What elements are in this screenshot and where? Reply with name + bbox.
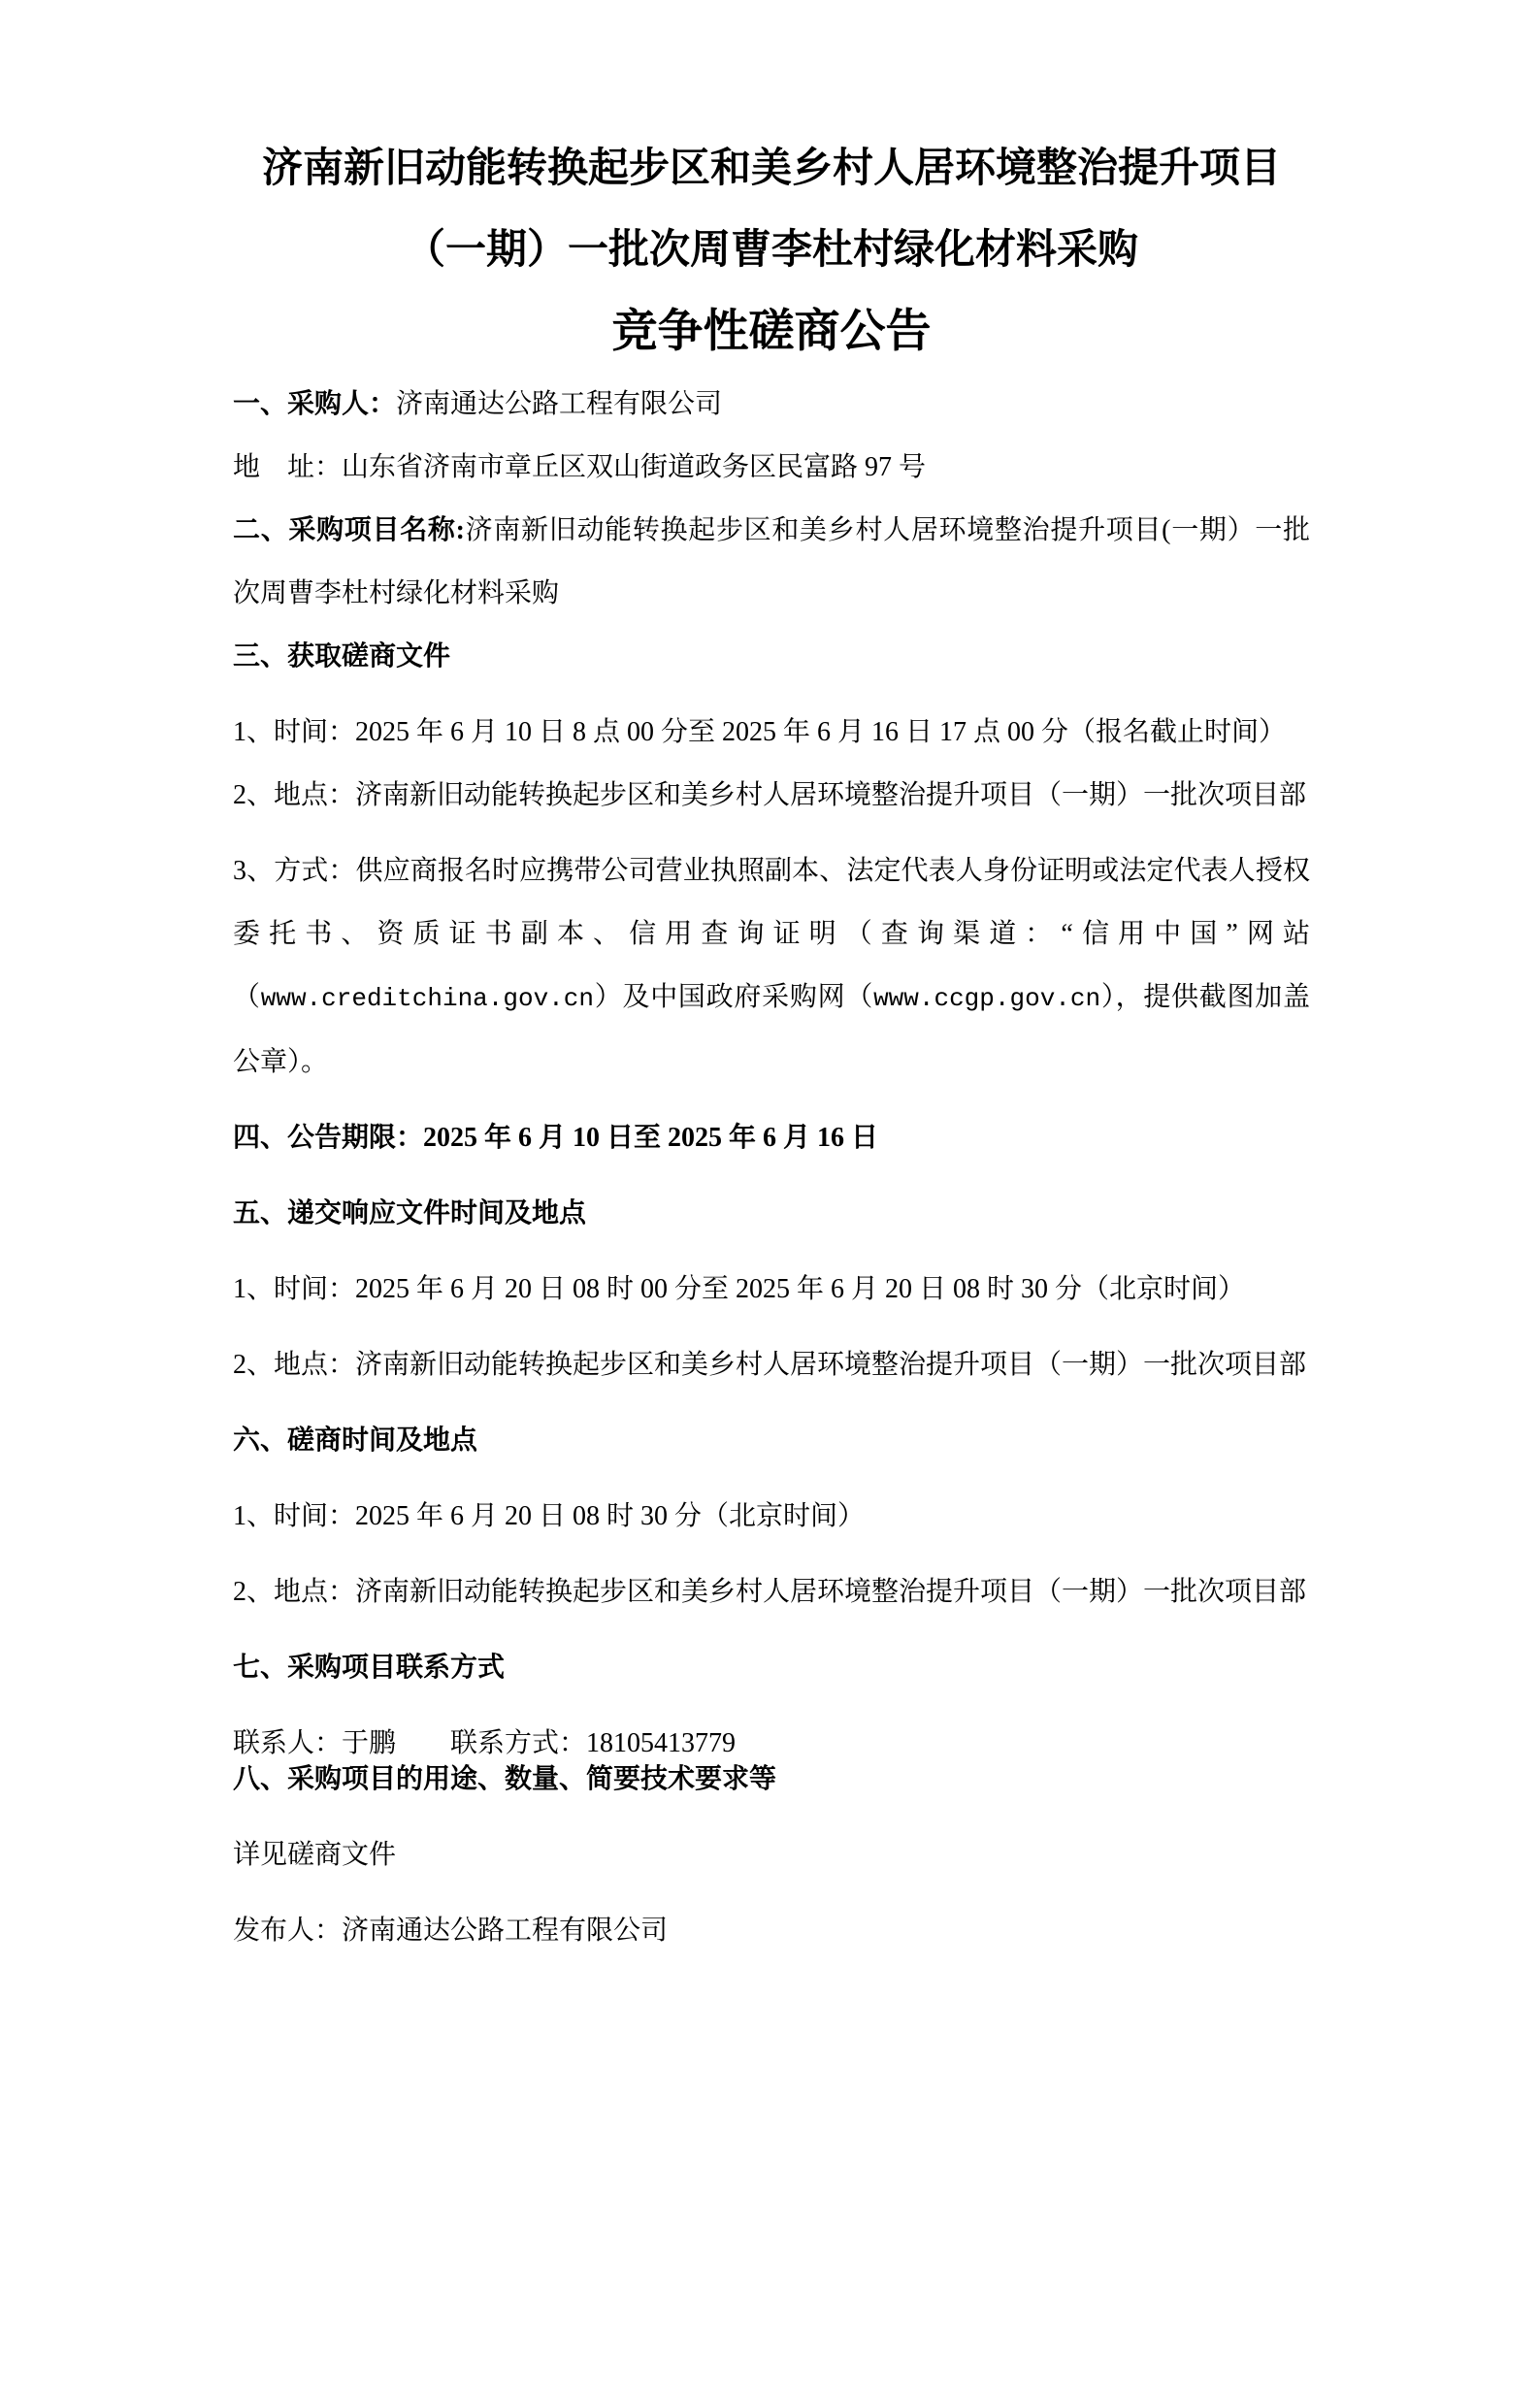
paragraph-text: ）及中国政府采购网（ — [594, 982, 873, 1012]
paragraph-text: 2、地点：济南新旧动能转换起步区和美乡村人居环境整治提升项目（一期）一批次项目部 — [233, 780, 1306, 810]
buyer-line: 一、采购人：济南通达公路工程有限公司 — [233, 373, 1310, 436]
paragraph-text: 地 址：山东省济南市章丘区双山街道政务区民富路 97 号 — [233, 452, 926, 482]
document-page: 济南新旧动能转换起步区和美乡村人居环境整治提升项目 （一期）一批次周曹李杜村绿化… — [0, 0, 1540, 2392]
document-body: 一、采购人：济南通达公路工程有限公司地 址：山东省济南市章丘区双山街道政务区民富… — [233, 373, 1310, 1962]
paragraph-text: www.creditchina.gov.cn — [261, 984, 594, 1013]
publisher-line: 发布人：济南通达公路工程有限公司 — [233, 1899, 1310, 1962]
paragraph-text: 发布人：济南通达公路工程有限公司 — [233, 1916, 668, 1946]
paragraph-text: 1、时间：2025 年 6 月 20 日 08 时 00 分至 2025 年 6… — [233, 1274, 1245, 1304]
paragraph-text: 1、时间：2025 年 6 月 10 日 8 点 00 分至 2025 年 6 … — [233, 717, 1286, 747]
paragraph-text: 济南通达公路工程有限公司 — [396, 389, 722, 419]
announcement-period-heading: 四、公告期限：2025 年 6 月 10 日至 2025 年 6 月 16 日 — [233, 1106, 1310, 1169]
paragraph-label: 四、公告期限：2025 年 6 月 10 日至 2025 年 6 月 16 日 — [233, 1123, 878, 1153]
contact-heading: 七、采购项目联系方式 — [233, 1636, 1310, 1699]
paragraph-label: 五、递交响应文件时间及地点 — [233, 1198, 586, 1229]
document-title-line-2: （一期）一批次周曹李杜村绿化材料采购 — [233, 210, 1310, 291]
paragraph-text: 详见磋商文件 — [233, 1840, 396, 1870]
submit-time-line: 1、时间：2025 年 6 月 20 日 08 时 00 分至 2025 年 6… — [233, 1258, 1310, 1321]
consultation-location-line: 2、地点：济南新旧动能转换起步区和美乡村人居环境整治提升项目（一期）一批次项目部 — [233, 1560, 1310, 1623]
paragraph-text: 2、地点：济南新旧动能转换起步区和美乡村人居环境整治提升项目（一期）一批次项目部 — [233, 1350, 1306, 1380]
consultation-time-line: 1、时间：2025 年 6 月 20 日 08 时 30 分（北京时间） — [233, 1485, 1310, 1548]
obtain-time-line: 1、时间：2025 年 6 月 10 日 8 点 00 分至 2025 年 6 … — [233, 701, 1310, 764]
paragraph-text: www.ccgp.gov.cn — [873, 984, 1100, 1013]
obtain-method-line: 3、方式：供应商报名时应携带公司营业执照副本、法定代表人身份证明或法定代表人授权… — [233, 839, 1310, 1094]
paragraph-label: 一、采购人： — [233, 389, 396, 419]
document-title-line-3: 竞争性磋商公告 — [233, 291, 1310, 373]
project-name-line: 二、采购项目名称:济南新旧动能转换起步区和美乡村人居环境整治提升项目(一期）一批… — [233, 499, 1310, 625]
consultation-time-place-heading: 六、磋商时间及地点 — [233, 1409, 1310, 1472]
submit-response-heading: 五、递交响应文件时间及地点 — [233, 1182, 1310, 1245]
paragraph-label: 三、获取磋商文件 — [233, 641, 450, 672]
usage-quantity-heading: 八、采购项目的用途、数量、简要技术要求等 — [233, 1748, 1310, 1811]
paragraph-label: 八、采购项目的用途、数量、简要技术要求等 — [233, 1764, 776, 1794]
paragraph-text: 1、时间：2025 年 6 月 20 日 08 时 30 分（北京时间） — [233, 1501, 865, 1531]
paragraph-label: 六、磋商时间及地点 — [233, 1425, 477, 1456]
document-title: 济南新旧动能转换起步区和美乡村人居环境整治提升项目 （一期）一批次周曹李杜村绿化… — [233, 128, 1310, 373]
submit-location-line: 2、地点：济南新旧动能转换起步区和美乡村人居环境整治提升项目（一期）一批次项目部 — [233, 1333, 1310, 1396]
buyer-address-line: 地 址：山东省济南市章丘区双山街道政务区民富路 97 号 — [233, 436, 1310, 499]
section-obtain-documents-heading: 三、获取磋商文件 — [233, 625, 1310, 688]
paragraph-label: 二、采购项目名称: — [233, 515, 465, 545]
paragraph-text: 2、地点：济南新旧动能转换起步区和美乡村人居环境整治提升项目（一期）一批次项目部 — [233, 1577, 1306, 1607]
document-title-line-1: 济南新旧动能转换起步区和美乡村人居环境整治提升项目 — [233, 128, 1310, 210]
see-documents-line: 详见磋商文件 — [233, 1823, 1310, 1886]
obtain-location-line: 2、地点：济南新旧动能转换起步区和美乡村人居环境整治提升项目（一期）一批次项目部 — [233, 764, 1310, 827]
paragraph-label: 七、采购项目联系方式 — [233, 1653, 505, 1683]
